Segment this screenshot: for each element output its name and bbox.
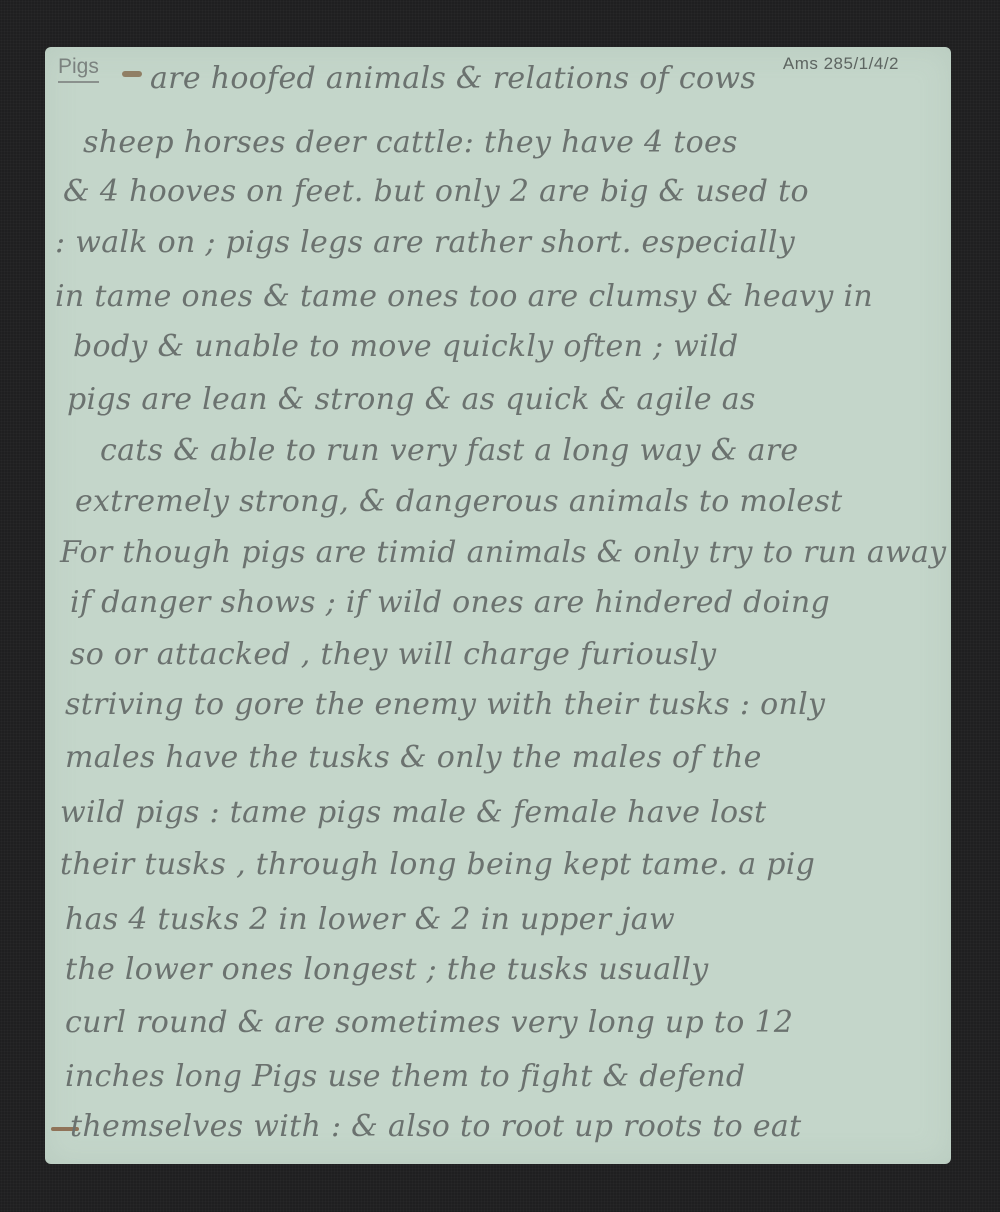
text-line: curl round & are sometimes very long up …	[65, 1005, 793, 1040]
text-line: extremely strong, & dangerous animals to…	[75, 484, 843, 519]
text-line: For though pigs are timid animals & only…	[60, 535, 946, 570]
text-line: sheep horses deer cattle: they have 4 to…	[83, 125, 738, 160]
text-line: males have the tusks & only the males of…	[65, 740, 762, 775]
page-title: Pigs	[58, 55, 99, 83]
text-line: inches long Pigs use them to fight & def…	[65, 1059, 745, 1094]
text-line: wild pigs : tame pigs male & female have…	[60, 795, 766, 830]
stain-mark	[122, 71, 142, 77]
text-line: : walk on ; pigs legs are rather short. …	[55, 225, 795, 260]
text-line: in tame ones & tame ones too are clumsy …	[55, 279, 873, 314]
text-line: if danger shows ; if wild ones are hinde…	[70, 585, 830, 620]
archive-reference: Ams 285/1/4/2	[783, 54, 899, 74]
text-line: so or attacked , they will charge furiou…	[70, 637, 716, 672]
text-line: striving to gore the enemy with their tu…	[65, 687, 825, 722]
text-line: & 4 hooves on feet. but only 2 are big &…	[63, 174, 809, 209]
text-line: pigs are lean & strong & as quick & agil…	[67, 382, 756, 417]
text-line: body & unable to move quickly often ; wi…	[73, 329, 739, 364]
text-line: are hoofed animals & relations of cows	[150, 61, 756, 96]
manuscript-page: Ams 285/1/4/2 Pigs are hoofed animals & …	[45, 47, 951, 1164]
text-line: the lower ones longest ; the tusks usual…	[65, 952, 708, 987]
text-line: cats & able to run very fast a long way …	[100, 433, 798, 468]
text-line: has 4 tusks 2 in lower & 2 in upper jaw	[65, 902, 675, 937]
text-line: their tusks , through long being kept ta…	[60, 847, 815, 882]
text-line: themselves with : & also to root up root…	[70, 1109, 801, 1144]
